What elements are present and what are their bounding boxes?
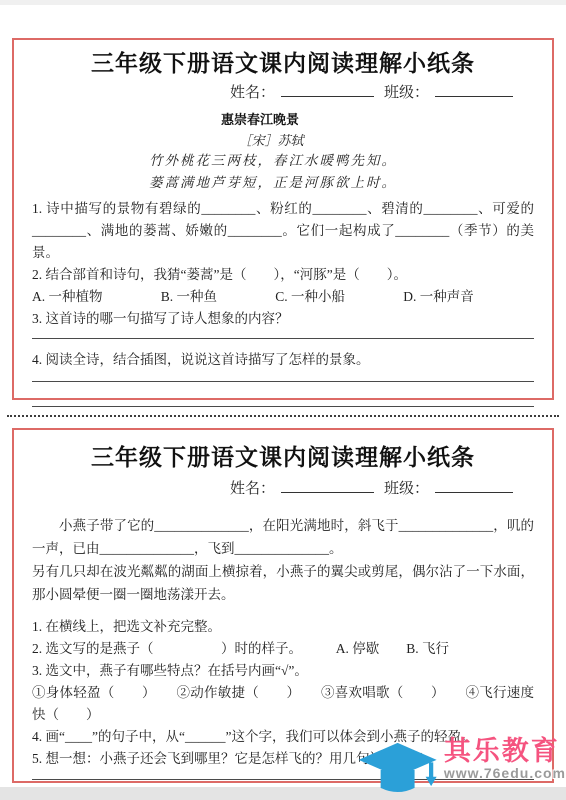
worksheet-page: 三年级下册语文课内阅读理解小纸条 姓名：班级： 惠崇春江晚景 ［宋］苏轼 竹外桃…: [0, 0, 566, 800]
class-label: 班级：: [384, 481, 429, 497]
poem-author: ［宋］苏轼: [32, 132, 534, 150]
question-3-checklist: ①身体轻盈（ ） ②动作敏捷（ ） ③喜欢唱歌（ ） ④飞行速度快（ ）: [32, 682, 534, 726]
worksheet-title: 三年级下册语文课内阅读理解小纸条: [32, 442, 534, 472]
name-blank: [281, 478, 374, 493]
dotted-cut-separator: [7, 415, 559, 417]
answer-line: [32, 338, 534, 339]
question-2-options: A. 一种植物 B. 一种鱼 C. 一种小船 D. 一种声音: [32, 286, 474, 308]
option-c: C. 一种小船: [275, 286, 345, 308]
class-blank: [435, 478, 513, 493]
worksheet-card-1: 三年级下册语文课内阅读理解小纸条 姓名：班级： 惠崇春江晚景 ［宋］苏轼 竹外桃…: [12, 38, 554, 400]
passage-paragraph: 小燕子带了它的______________，在阳光满地时，斜飞于________…: [32, 514, 534, 560]
brand-text-block: 其乐教育 www.76edu.com: [444, 736, 566, 781]
name-label: 姓名：: [230, 481, 275, 497]
question-2: 2. 结合部首和诗句，我猜“蒌蒿”是（ ），“河豚”是（ ）。: [32, 264, 534, 286]
question-4: 4. 阅读全诗，结合插图，说说这首诗描写了怎样的景象。: [32, 349, 534, 371]
question-2: 2. 选文写的是燕子（ ）时的样子。 A. 停歇 B. 飞行: [32, 638, 534, 660]
poem-title: 惠崇春江晚景: [32, 112, 534, 128]
brand-watermark: 其乐教育 www.76edu.com: [358, 736, 566, 798]
poem-line: 蒌蒿满地芦芽短，正是河豚欲上时。: [32, 172, 534, 194]
question-1: 1. 在横线上，把选文补充完整。: [32, 616, 534, 638]
name-class-row: 姓名：班级：: [230, 82, 534, 104]
option-b: B. 一种鱼: [161, 286, 217, 308]
worksheet-card-2: 三年级下册语文课内阅读理解小纸条 姓名：班级： 小燕子带了它的_________…: [12, 428, 554, 783]
reading-passage: 小燕子带了它的______________，在阳光满地时，斜飞于________…: [32, 514, 534, 606]
option-a: A. 一种植物: [32, 286, 103, 308]
passage-paragraph: 另有几只却在波光粼粼的湖面上横掠着，小燕子的翼尖或剪尾，偶尔沾了一下水面，那小圆…: [32, 560, 534, 606]
name-label: 姓名：: [230, 85, 275, 101]
class-blank: [435, 82, 513, 97]
name-class-row: 姓名：班级：: [230, 478, 534, 500]
answer-line: [32, 406, 534, 407]
class-label: 班级：: [384, 85, 429, 101]
brand-url: www.76edu.com: [444, 766, 566, 781]
name-blank: [281, 82, 374, 97]
question-1: 1. 诗中描写的景物有碧绿的________、粉红的________、碧清的__…: [32, 198, 534, 264]
graduation-cap-icon: [358, 742, 444, 798]
question-3: 3. 这首诗的哪一句描写了诗人想象的内容？: [32, 308, 534, 330]
worksheet-title: 三年级下册语文课内阅读理解小纸条: [32, 48, 534, 78]
option-d: D. 一种声音: [403, 286, 474, 308]
poem-line: 竹外桃花三两枝，春江水暖鸭先知。: [32, 150, 534, 172]
photo-edge-top: [0, 0, 566, 5]
brand-name: 其乐教育: [444, 736, 566, 766]
question-3: 3. 选文中，燕子有哪些特点？在括号内画“√”。: [32, 660, 534, 682]
answer-line: [32, 381, 534, 382]
